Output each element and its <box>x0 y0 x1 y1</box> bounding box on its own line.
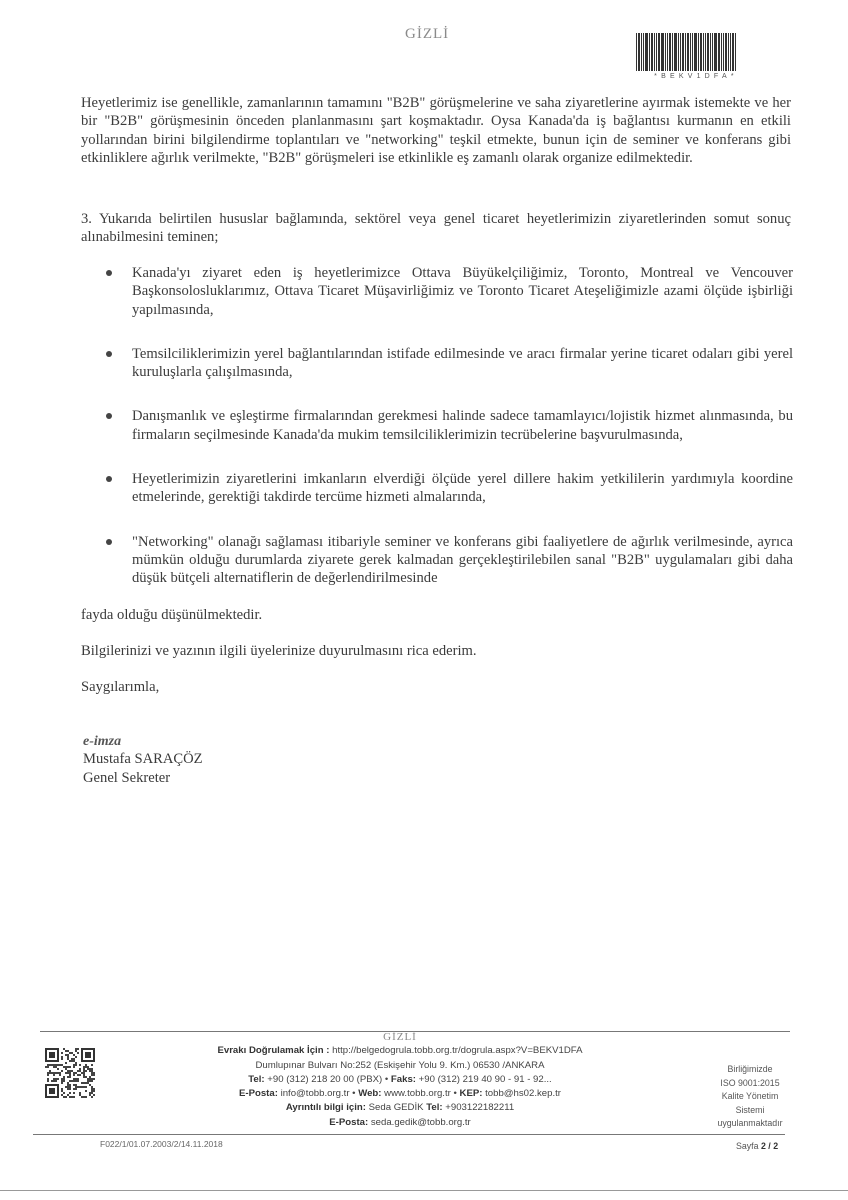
email-link[interactable]: info@tobb.org.tr <box>281 1088 350 1099</box>
footer-contact-block: GİZLİ Evrakı Doğrulamak İçin : http://be… <box>190 1030 610 1130</box>
email-web-line: E-Posta: info@tobb.org.tr • Web: www.tob… <box>190 1087 610 1101</box>
phone-line: Tel: +90 (312) 218 20 00 (PBX) • Faks: +… <box>190 1073 610 1087</box>
list-item: "Networking" olanağı sağlaması itibariyl… <box>81 533 793 588</box>
recommendation-list: Kanada'yı ziyaret eden iş heyetlerimizce… <box>81 264 793 614</box>
list-item: Danışmanlık ve eşleştirme firmalarından … <box>81 407 793 444</box>
kep-link[interactable]: tobb@hs02.kep.tr <box>485 1088 561 1099</box>
list-item: Kanada'yı ziyaret eden iş heyetlerimizce… <box>81 264 793 319</box>
salutation: Saygılarımla, <box>81 679 159 696</box>
address-line: Dumlupınar Bulvarı No:252 (Eskişehir Yol… <box>190 1059 610 1073</box>
classification-header: GİZLİ <box>405 26 449 43</box>
contact-line: Ayrıntılı bilgi için: Seda GEDİK Tel: +9… <box>190 1101 610 1115</box>
contact-email-line: E-Posta: seda.gedik@tobb.org.tr <box>190 1116 610 1130</box>
list-item-text: Heyetlerimizin ziyaretlerini imkanların … <box>132 471 793 505</box>
document-barcode: *BEKV1DFA* <box>636 33 756 80</box>
bullet-icon <box>106 539 112 545</box>
barcode-text: *BEKV1DFA* <box>636 73 756 80</box>
verification-link[interactable]: http://belgedogrula.tobb.org.tr/dogrula.… <box>332 1045 582 1056</box>
list-item-text: Temsilciliklerimizin yerel bağlantıların… <box>132 346 793 380</box>
bullet-icon <box>106 351 112 357</box>
contact-email-link[interactable]: seda.gedik@tobb.org.tr <box>371 1117 471 1128</box>
list-item: Heyetlerimizin ziyaretlerini imkanların … <box>81 470 793 507</box>
form-code: F022/1/01.07.2003/2/14.11.2018 <box>100 1139 223 1149</box>
bullet-icon <box>106 270 112 276</box>
page-number: Sayfa 2 / 2 <box>736 1141 778 1151</box>
list-item-text: Danışmanlık ve eşleştirme firmalarından … <box>132 408 793 442</box>
scan-edge-line <box>0 1190 848 1191</box>
paragraph-delegations: Heyetlerimiz ise genellikle, zamanlarını… <box>81 94 791 167</box>
request-text: Bilgilerinizi ve yazının ilgili üyelerin… <box>81 643 477 660</box>
web-link[interactable]: www.tobb.org.tr <box>384 1088 451 1099</box>
list-item: Temsilciliklerimizin yerel bağlantıların… <box>81 345 793 382</box>
bullet-icon <box>106 476 112 482</box>
e-signature-label: e-imza <box>83 734 121 750</box>
bullet-icon <box>106 413 112 419</box>
qr-code-icon <box>45 1048 95 1098</box>
signatory-title: Genel Sekreter <box>83 770 170 787</box>
list-item-text: "Networking" olanağı sağlaması itibariyl… <box>132 534 793 587</box>
barcode-bars <box>636 33 756 71</box>
footer-classification: GİZLİ <box>190 1030 610 1044</box>
signatory-name: Mustafa SARAÇÖZ <box>83 751 203 768</box>
iso-certification-note: Birliğimizde ISO 9001:2015 Kalite Yöneti… <box>700 1063 800 1131</box>
list-item-text: Kanada'yı ziyaret eden iş heyetlerimizce… <box>132 265 793 318</box>
footer-bottom-divider <box>33 1134 785 1135</box>
paragraph-recommendations-intro: 3. Yukarıda belirtilen hususlar bağlamın… <box>81 210 791 247</box>
conclusion-text: fayda olduğu düşünülmektedir. <box>81 607 262 624</box>
verification-line: Evrakı Doğrulamak İçin : http://belgedog… <box>190 1044 610 1058</box>
